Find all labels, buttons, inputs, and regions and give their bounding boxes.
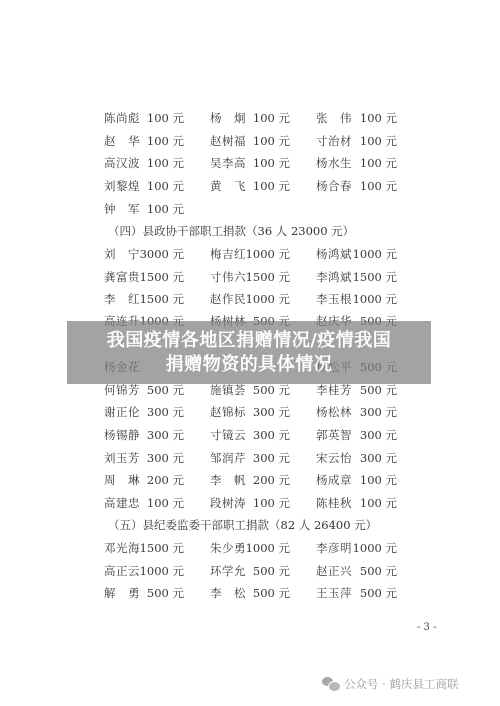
donation-amount: 100 元 xyxy=(341,470,397,490)
donation-row: 谢正伦 300 元 赵锦标 300 元 杨松林 300 元 xyxy=(0,402,500,422)
donation-amount: 100 元 xyxy=(341,153,397,173)
document-page: 陈尚彪 100 元 杨 炯 100 元 张 伟 100 元 赵 华 100 元 … xyxy=(0,0,500,706)
donation-amount: 100 元 xyxy=(341,493,397,513)
donation-row: 李 红 1500 元 赵作民 1000 元 李玉根 1000 元 xyxy=(0,289,500,309)
donation-amount: 1500 元 xyxy=(128,538,184,558)
donation-row: 刘玉芳 300 元 邹润芹 300 元 宋云怡 300 元 xyxy=(0,448,500,468)
donation-amount: 100 元 xyxy=(234,493,290,513)
donation-amount: 1000 元 xyxy=(128,561,184,581)
donation-amount: 300 元 xyxy=(128,448,184,468)
donation-amount: 500 元 xyxy=(128,583,184,603)
donation-amount: 100 元 xyxy=(128,176,184,196)
overlay-title-line-1: 我国疫情各地区捐赠情况/疫情我国 xyxy=(107,329,392,353)
donation-row: 高汉波 100 元 吴李高 100 元 杨水生 100 元 xyxy=(0,153,500,173)
donation-amount: 100 元 xyxy=(341,131,397,151)
donation-amount: 100 元 xyxy=(341,108,397,128)
donation-row: 龚富贵 1500 元 寸伟六 1500 元 李鸿斌 1500 元 xyxy=(0,267,500,287)
donation-row: 邓光海 1500 元 朱少勇 1000 元 李彦明 1000 元 xyxy=(0,538,500,558)
donation-amount: 1000 元 xyxy=(234,244,290,264)
donation-amount: 300 元 xyxy=(341,448,397,468)
donation-row: 刘黎煌 100 元 黄 飞 100 元 杨合春 100 元 xyxy=(0,176,500,196)
donation-amount: 500 元 xyxy=(234,583,290,603)
donation-amount: 1500 元 xyxy=(234,267,290,287)
donation-amount: 300 元 xyxy=(234,425,290,445)
donation-amount: 1000 元 xyxy=(341,538,397,558)
donation-row: 高建忠 100 元 段树涛 100 元 陈桂秋 100 元 xyxy=(0,493,500,513)
donation-row: 陈尚彪 100 元 杨 炯 100 元 张 伟 100 元 xyxy=(0,108,500,128)
donation-amount: 100 元 xyxy=(234,108,290,128)
overlay-title-line-2: 捐赠物资的具体情况 xyxy=(166,353,333,377)
title-overlay-banner: 我国疫情各地区捐赠情况/疫情我国 捐赠物资的具体情况 xyxy=(67,321,431,384)
donation-row: 周 琳 200 元 李 帆 200 元 杨成章 100 元 xyxy=(0,470,500,490)
donation-amount: 100 元 xyxy=(234,176,290,196)
donation-amount: 100 元 xyxy=(234,153,290,173)
donation-row: 高正云 1000 元 环学允 500 元 赵正兴 500 元 xyxy=(0,561,500,581)
section-heading: （五）县纪委监委干部职工捐款（82 人 26400 元） xyxy=(108,515,377,535)
donation-row: 刘 宁 3000 元 梅吉红 1000 元 杨鸿斌 1000 元 xyxy=(0,244,500,264)
donation-amount: 1500 元 xyxy=(128,289,184,309)
donation-amount: 1500 元 xyxy=(128,267,184,287)
donation-amount: 3000 元 xyxy=(128,244,184,264)
donation-amount: 1500 元 xyxy=(341,267,397,287)
donation-amount: 200 元 xyxy=(234,470,290,490)
donation-row: 解 勇 500 元 李 松 500 元 王玉萍 500 元 xyxy=(0,583,500,603)
donation-amount: 300 元 xyxy=(128,402,184,422)
watermark-text: 公众号 · 鹤庆县工商联 xyxy=(344,676,458,692)
donation-row: 赵 华 100 元 赵树福 100 元 寸治材 100 元 xyxy=(0,131,500,151)
donation-amount: 300 元 xyxy=(234,448,290,468)
page-number: - 3 - xyxy=(417,622,436,633)
donation-amount: 300 元 xyxy=(128,425,184,445)
donation-amount: 500 元 xyxy=(341,583,397,603)
donation-amount: 100 元 xyxy=(128,199,184,219)
donation-amount: 500 元 xyxy=(234,561,290,581)
donation-amount: 100 元 xyxy=(341,176,397,196)
donation-amount: 100 元 xyxy=(128,153,184,173)
donation-amount: 100 元 xyxy=(128,108,184,128)
section-heading: （四）县政协干部职工捐款（36 人 23000 元） xyxy=(108,221,354,241)
donation-amount: 300 元 xyxy=(234,402,290,422)
donation-amount: 100 元 xyxy=(234,131,290,151)
wechat-icon xyxy=(322,677,340,691)
donation-amount: 100 元 xyxy=(128,493,184,513)
donation-amount: 1000 元 xyxy=(234,289,290,309)
wechat-watermark: 公众号 · 鹤庆县工商联 xyxy=(322,676,458,692)
donation-amount: 200 元 xyxy=(128,470,184,490)
donation-row: 钟 军 100 元 xyxy=(0,199,500,219)
donation-row: 杨锡静 300 元 寸镜云 300 元 郭英智 300 元 xyxy=(0,425,500,445)
donation-amount: 1000 元 xyxy=(341,244,397,264)
donation-amount: 300 元 xyxy=(341,425,397,445)
donation-amount: 1000 元 xyxy=(234,538,290,558)
donation-amount: 100 元 xyxy=(128,131,184,151)
donation-amount: 1000 元 xyxy=(341,289,397,309)
donation-amount: 500 元 xyxy=(341,561,397,581)
donation-amount: 300 元 xyxy=(341,402,397,422)
